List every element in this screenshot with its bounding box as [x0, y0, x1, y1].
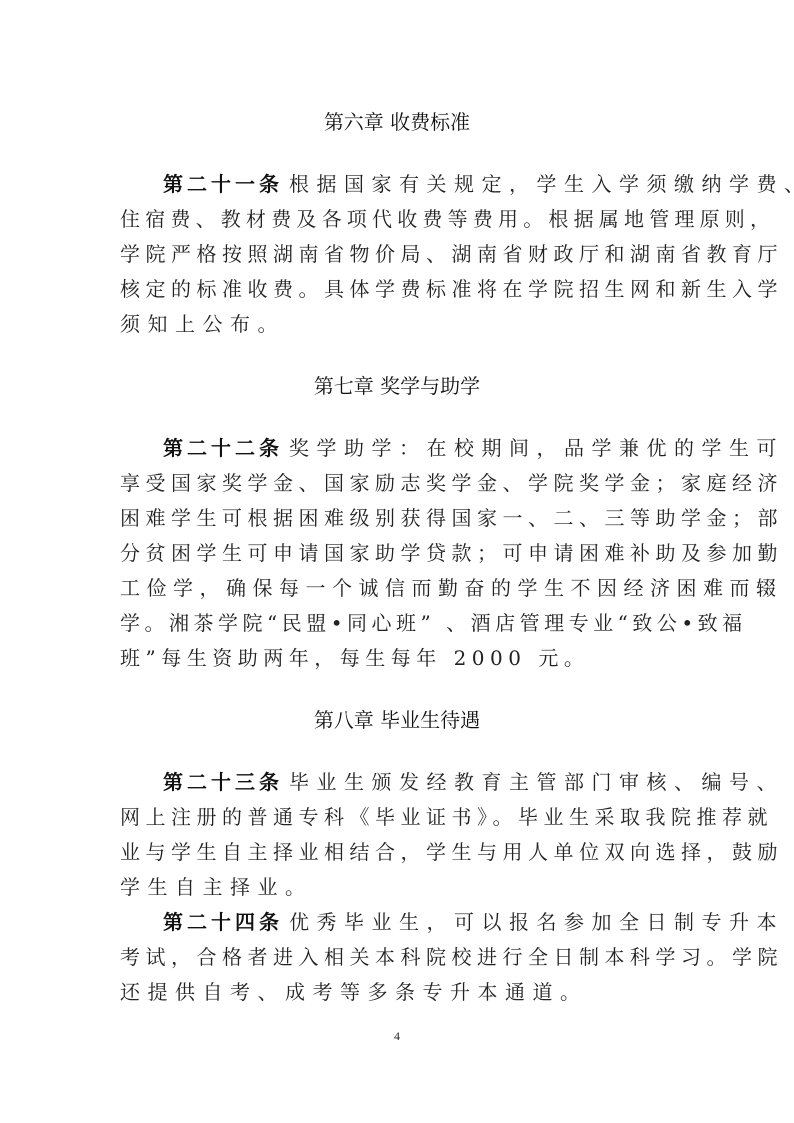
- chapter-8-title: 第八章 毕业生待遇: [0, 704, 794, 733]
- article-24-first-line: 第二十四条优秀毕业生，可以报名参加全日制专升本: [163, 906, 723, 935]
- article-22-line: 困难学生可根据困难级别获得国家一、二、三等助学金；部: [120, 502, 680, 531]
- article-21-line: 核定的标准收费。具体学费标准将在学院招生网和新生入学: [120, 273, 680, 302]
- article-22-line: 奖学助学：在校期间，品学兼优的学生可: [289, 436, 784, 460]
- article-21-line: 须知上公布。: [120, 308, 680, 337]
- article-23-line: 毕业生颁发经教育主管部门审核、编号、: [289, 770, 784, 794]
- article-22-line: 享受国家奖学金、国家励志奖学金、学院奖学金；家庭经济: [120, 467, 680, 496]
- article-22-line: 工俭学，确保每一个诚信而勤奋的学生不因经济困难而辍: [120, 572, 680, 601]
- article-21-line: 住宿费、教材费及各项代收费等费用。根据属地管理原则，: [120, 203, 680, 232]
- chapter-7-title: 第七章 奖学与助学: [0, 370, 794, 399]
- article-24-line: 优秀毕业生，可以报名参加全日制专升本: [289, 910, 784, 934]
- article-23-label: 第二十三条: [163, 770, 283, 794]
- article-22-label: 第二十二条: [163, 436, 283, 460]
- article-23-line: 学生自主择业。: [120, 871, 680, 900]
- article-23-line: 业与学生自主择业相结合，学生与用人单位双向选择，鼓励: [120, 836, 680, 865]
- article-24-line: 还提供自考、成考等多条专升本通道。: [120, 976, 680, 1005]
- article-24-line: 考试，合格者进入相关本科院校进行全日制本科学习。学院: [120, 941, 680, 970]
- article-21-first-line: 第二十一条根据国家有关规定，学生入学须缴纳学费、: [163, 168, 723, 197]
- chapter-6-title: 第六章 收费标准: [0, 106, 794, 135]
- article-21-line: 根据国家有关规定，学生入学须缴纳学费、: [289, 172, 794, 196]
- article-22-line: 学。湘茶学院“民盟•同心班” 、酒店管理专业“致公•致福: [120, 607, 680, 636]
- article-23-line: 网上注册的普通专科《毕业证书》。毕业生采取我院推荐就: [120, 801, 680, 830]
- page-number: 4: [0, 1029, 794, 1044]
- article-23-first-line: 第二十三条毕业生颁发经教育主管部门审核、编号、: [163, 766, 723, 795]
- article-21-line: 学院严格按照湖南省物价局、湖南省财政厅和湖南省教育厅: [120, 238, 680, 267]
- article-24-label: 第二十四条: [163, 910, 283, 934]
- article-21-label: 第二十一条: [163, 172, 283, 196]
- article-22-first-line: 第二十二条奖学助学：在校期间，品学兼优的学生可: [163, 432, 723, 461]
- article-22-line: 分贫困学生可申请国家助学贷款；可申请困难补助及参加勤: [120, 537, 680, 566]
- article-22-line: 班”每生资助两年，每生每年 2000 元。: [120, 642, 680, 671]
- document-page: 第六章 收费标准 第二十一条根据国家有关规定，学生入学须缴纳学费、 住宿费、教材…: [0, 0, 794, 1123]
